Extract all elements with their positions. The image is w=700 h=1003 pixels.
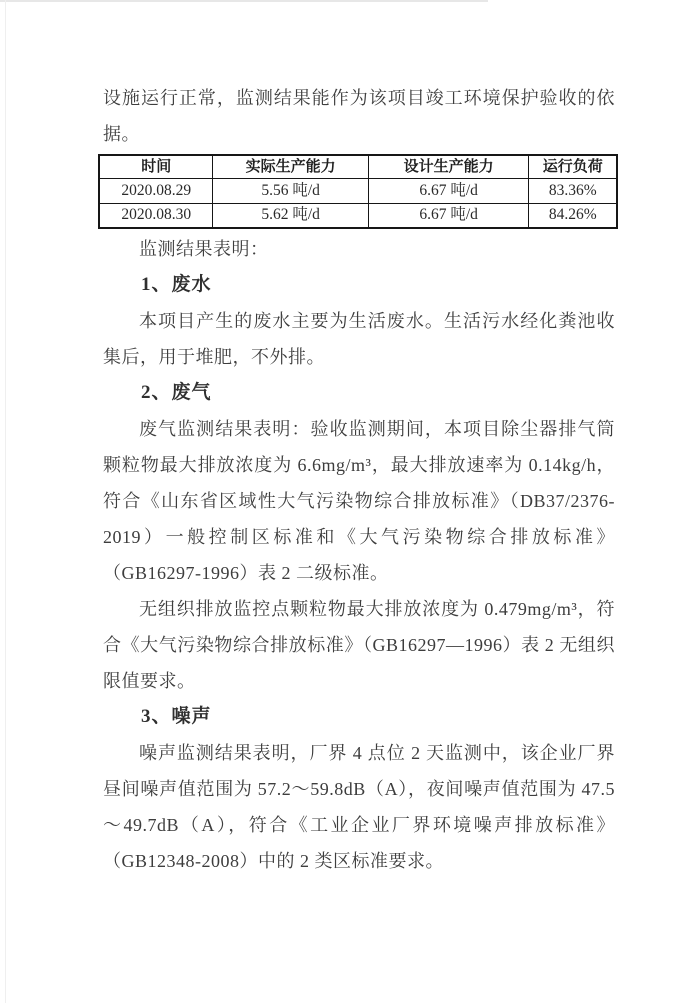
document-content: 设施运行正常，监测结果能作为该项目竣工环境保护验收的依据。 时间 实际生产能力 … (103, 80, 615, 879)
section-wastewater-heading: 1、废水 (103, 267, 615, 303)
section-noise-heading: 3、噪声 (103, 699, 615, 735)
table-row: 2020.08.29 5.56 吨/d 6.67 吨/d 83.36% (99, 178, 617, 203)
table-cell-operating-load: 83.36% (529, 178, 617, 203)
table-header-design-capacity: 设计生产能力 (368, 155, 529, 178)
table-header-operating-load: 运行负荷 (529, 155, 617, 178)
table-header-time: 时间 (99, 155, 213, 178)
table-cell-date: 2020.08.30 (99, 203, 213, 228)
conclusion-paragraph: 设施运行正常，监测结果能作为该项目竣工环境保护验收的依据。 (103, 80, 615, 152)
table-cell-design-capacity: 6.67 吨/d (368, 178, 529, 203)
section-noise-paragraph: 噪声监测结果表明，厂界 4 点位 2 天监测中，该企业厂界昼间噪声值范围为 57… (103, 735, 615, 879)
monitoring-results-intro: 监测结果表明： (103, 231, 615, 267)
section-wastewater-paragraph: 本项目产生的废水主要为生活废水。生活污水经化粪池收集后，用于堆肥，不外排。 (103, 303, 615, 375)
scan-edge-left-line (5, 0, 6, 1003)
table-cell-operating-load: 84.26% (529, 203, 617, 228)
document-page: 设施运行正常，监测结果能作为该项目竣工环境保护验收的依据。 时间 实际生产能力 … (0, 0, 700, 1003)
section-exhaust-gas-paragraph-stack: 废气监测结果表明：验收监测期间，本项目除尘器排气筒颗粒物最大排放浓度为 6.6m… (103, 411, 615, 591)
production-load-table: 时间 实际生产能力 设计生产能力 运行负荷 2020.08.29 5.56 吨/… (98, 154, 618, 229)
table-row: 2020.08.30 5.62 吨/d 6.67 吨/d 84.26% (99, 203, 617, 228)
section-exhaust-gas-paragraph-fugitive: 无组织排放监控点颗粒物最大排放浓度为 0.479mg/m³，符合《大气污染物综合… (103, 591, 615, 699)
table-cell-date: 2020.08.29 (99, 178, 213, 203)
table-header-actual-capacity: 实际生产能力 (213, 155, 368, 178)
table-cell-actual-capacity: 5.62 吨/d (213, 203, 368, 228)
table-cell-actual-capacity: 5.56 吨/d (213, 178, 368, 203)
table-header-row: 时间 实际生产能力 设计生产能力 运行负荷 (99, 155, 617, 178)
scan-edge-top-line (0, 0, 488, 2)
table-cell-design-capacity: 6.67 吨/d (368, 203, 529, 228)
section-exhaust-gas-heading: 2、废气 (103, 375, 615, 411)
